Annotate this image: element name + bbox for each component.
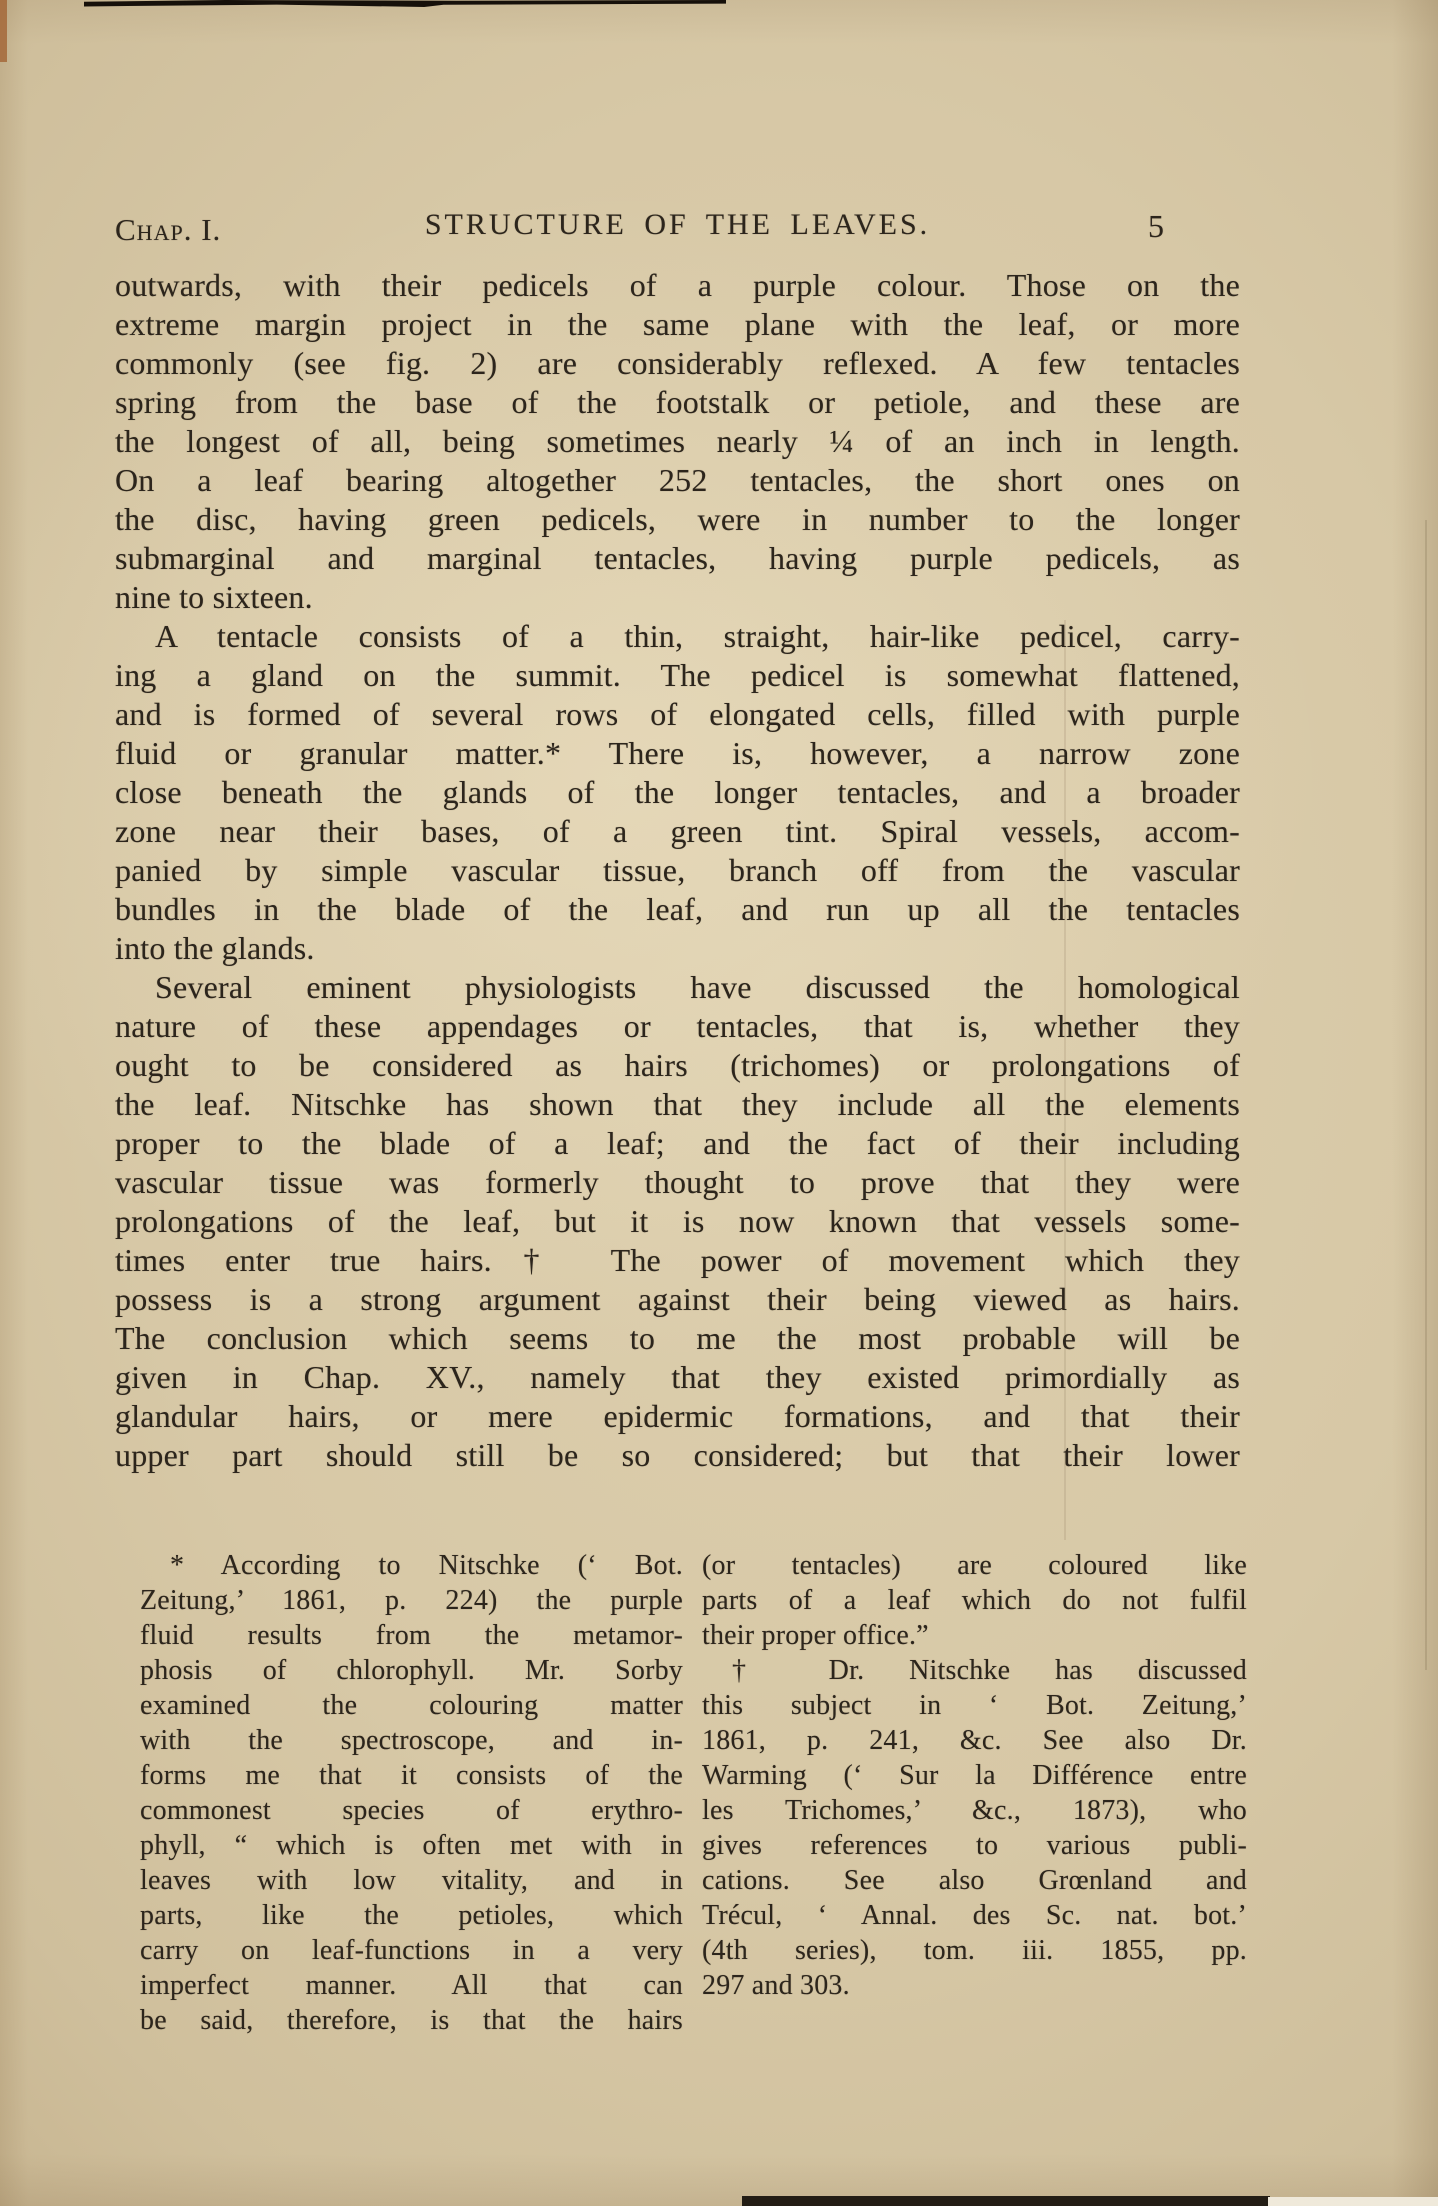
text-line: (4th series), tom. iii. 1855, pp. — [702, 1933, 1247, 1968]
text-line: Trécul, ‘ Annal. des Sc. nat. bot.’ — [702, 1898, 1247, 1933]
text-line: Warming (‘ Sur la Différence entre — [702, 1758, 1247, 1793]
text-line: the disc, having green pedicels, were in… — [115, 500, 1240, 539]
text-line: commonest species of erythro- — [140, 1793, 683, 1828]
text-line: phyll, “ which is often met with in — [140, 1828, 683, 1863]
page-number: 5 — [1148, 208, 1164, 245]
text-line: into the glands. — [115, 929, 1240, 968]
text-line: fluid or granular matter.* There is, how… — [115, 734, 1240, 773]
text-line: proper to the blade of a leaf; and the f… — [115, 1124, 1240, 1163]
text-line: panied by simple vascular tissue, branch… — [115, 851, 1240, 890]
text-line: 1861, p. 241, &c. See also Dr. — [702, 1723, 1247, 1758]
text-line: bundles in the blade of the leaf, and ru… — [115, 890, 1240, 929]
text-line: (or tentacles) are coloured like — [702, 1548, 1247, 1583]
text-line: zone near their bases, of a green tint. … — [115, 812, 1240, 851]
text-line: examined the colouring matter — [140, 1688, 683, 1723]
text-line: On a leaf bearing altogether 252 tentacl… — [115, 461, 1240, 500]
text-line: times enter true hairs.† The power of mo… — [115, 1241, 1240, 1280]
text-line: the leaf. Nitschke has shown that they i… — [115, 1085, 1240, 1124]
body-text: outwards, with their pedicels of a purpl… — [115, 266, 1240, 1475]
text-line: parts, like the petioles, which — [140, 1898, 683, 1933]
paragraph: outwards, with their pedicels of a purpl… — [115, 266, 1240, 617]
text-line: A tentacle consists of a thin, straight,… — [115, 617, 1240, 656]
text-line: 297 and 303. — [702, 1968, 1247, 2003]
text-line: * According to Nitschke (‘ Bot. — [140, 1548, 683, 1583]
text-line: this subject in ‘ Bot. Zeitung,’ — [702, 1688, 1247, 1723]
text-line: ought to be considered as hairs (trichom… — [115, 1046, 1240, 1085]
text-line: imperfect manner. All that can — [140, 1968, 683, 2003]
text-line: prolongations of the leaf, but it is now… — [115, 1202, 1240, 1241]
text-line: be said, therefore, is that the hairs — [140, 2003, 683, 2038]
text-line: vascular tissue was formerly thought to … — [115, 1163, 1240, 1202]
book-page: Chap. I. STRUCTURE OF THE LEAVES. 5 outw… — [0, 0, 1438, 2206]
text-line: The conclusion which seems to me the mos… — [115, 1319, 1240, 1358]
footnote-column-left: * According to Nitschke (‘ Bot.Zeitung,’… — [140, 1548, 683, 2038]
text-line: the longest of all, being sometimes near… — [115, 422, 1240, 461]
text-line: close beneath the glands of the longer t… — [115, 773, 1240, 812]
text-line: commonly (see fig. 2) are considerably r… — [115, 344, 1240, 383]
text-line: forms me that it consists of the — [140, 1758, 683, 1793]
text-line: extreme margin project in the same plane… — [115, 305, 1240, 344]
chapter-label: Chap. I. — [115, 212, 221, 248]
text-line: submarginal and marginal tentacles, havi… — [115, 539, 1240, 578]
text-line: upper part should still be so considered… — [115, 1436, 1240, 1475]
text-line: cations. See also Grœnland and — [702, 1863, 1247, 1898]
text-line: nine to sixteen. — [115, 578, 1240, 617]
running-head: Chap. I. STRUCTURE OF THE LEAVES. 5 — [115, 208, 1240, 252]
paragraph: Several eminent physiologists have discu… — [115, 968, 1240, 1475]
text-line: their proper office.” — [702, 1618, 1247, 1653]
text-line: nature of these appendages or tentacles,… — [115, 1007, 1240, 1046]
footnote-column-right: (or tentacles) are coloured likeparts of… — [702, 1548, 1247, 2003]
text-line: possess is a strong argument against the… — [115, 1280, 1240, 1319]
text-line: phosis of chlorophyll. Mr. Sorby — [140, 1653, 683, 1688]
text-line: and is formed of several rows of elongat… — [115, 695, 1240, 734]
text-line: fluid results from the metamor- — [140, 1618, 683, 1653]
scan-artifact-top-strip — [84, 0, 726, 7]
scan-artifact-bottom-dark-strip — [742, 2196, 1270, 2206]
text-line: glandular hairs, or mere epidermic forma… — [115, 1397, 1240, 1436]
text-line: Several eminent physiologists have discu… — [115, 968, 1240, 1007]
text-line: spring from the base of the footstalk or… — [115, 383, 1240, 422]
scan-artifact-left-sliver — [0, 0, 7, 62]
text-line: les Trichomes,’ &c., 1873), who — [702, 1793, 1247, 1828]
text-line: outwards, with their pedicels of a purpl… — [115, 266, 1240, 305]
text-line: ing a gland on the summit. The pedicel i… — [115, 656, 1240, 695]
page-title: STRUCTURE OF THE LEAVES. — [425, 208, 930, 242]
text-line: Zeitung,’ 1861, p. 224) the purple — [140, 1583, 683, 1618]
scan-artifact-bottom-light-strip — [1268, 2197, 1438, 2206]
text-line: leaves with low vitality, and in — [140, 1863, 683, 1898]
paragraph: A tentacle consists of a thin, straight,… — [115, 617, 1240, 968]
text-line: † Dr. Nitschke has discussed — [702, 1653, 1247, 1688]
text-line: given in Chap. XV., namely that they exi… — [115, 1358, 1240, 1397]
text-line: with the spectroscope, and in- — [140, 1723, 683, 1758]
text-line: carry on leaf-functions in a very — [140, 1933, 683, 1968]
text-line: gives references to various publi- — [702, 1828, 1247, 1863]
page-edge-line — [1425, 520, 1427, 1670]
text-line: parts of a leaf which do not fulfil — [702, 1583, 1247, 1618]
